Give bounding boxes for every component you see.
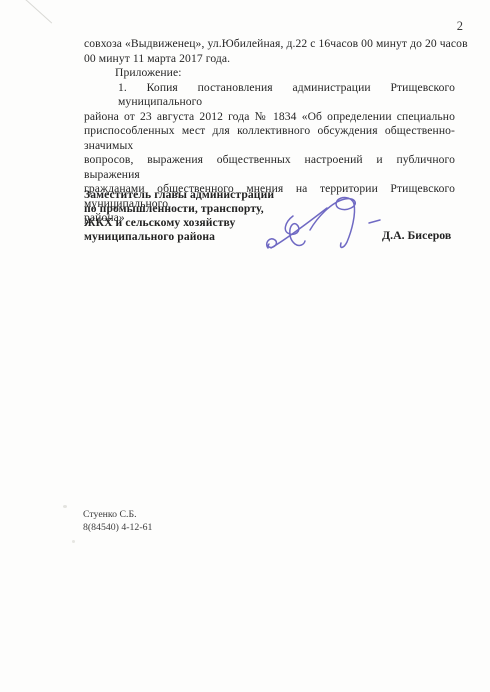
executor-footer: Стуенко С.Б. 8(84540) 4-12-61 (83, 508, 152, 534)
body-line: вопросов, выражения общественных настрое… (84, 153, 455, 182)
signatory-name: Д.А. Бисеров (382, 228, 451, 243)
body-line: совхоза «Выдвиженец», ул.Юбилейная, д.22… (84, 37, 455, 52)
executor-name: Стуенко С.Б. (83, 508, 152, 521)
body-line: района от 23 августа 2012 года № 1834 «О… (84, 110, 455, 125)
body-line: приспособленных мест для коллективного о… (84, 124, 455, 153)
attachment-label: Приложение: (84, 66, 455, 81)
handwritten-signature (255, 188, 390, 258)
scan-artifact (63, 505, 67, 508)
body-line: 00 минут 11 марта 2017 года. (84, 52, 455, 67)
executor-phone: 8(84540) 4-12-61 (83, 521, 152, 534)
document-page: 2 совхоза «Выдвиженец», ул.Юбилейная, д.… (0, 0, 490, 692)
scan-corner-fold (17, 0, 52, 24)
scan-artifact (72, 540, 75, 543)
body-line: 1. Копия постановления администрации Рти… (84, 81, 455, 110)
page-number: 2 (457, 19, 463, 34)
